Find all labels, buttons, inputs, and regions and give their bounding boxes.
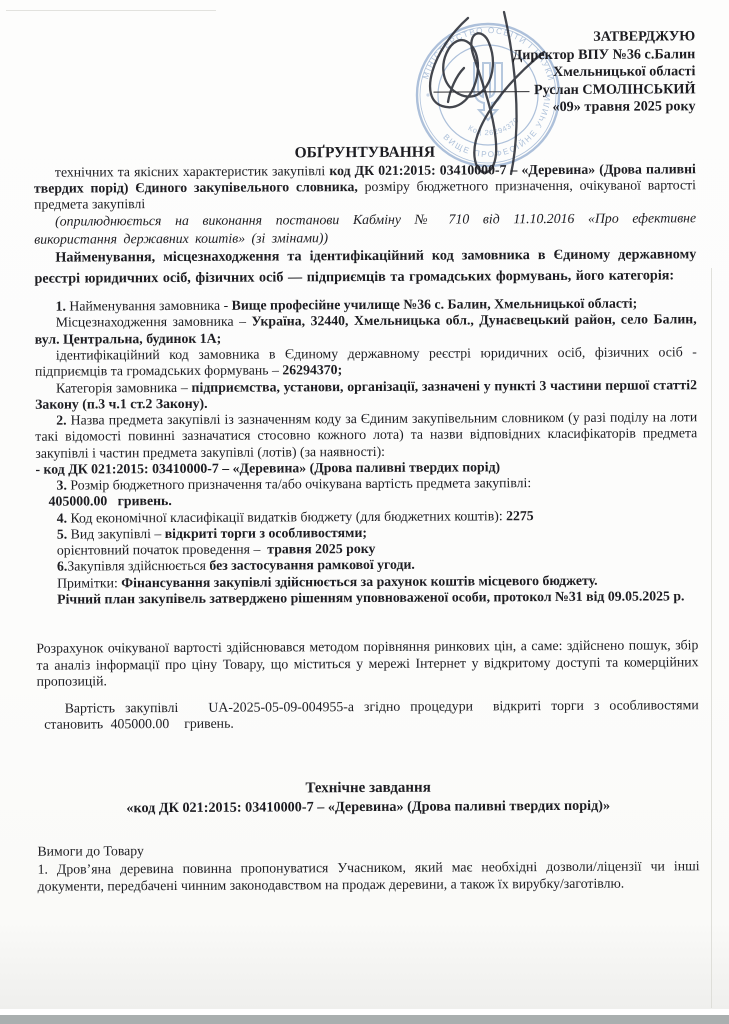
item-1-category: Категорія замовника – підприємства, уста… <box>35 377 697 413</box>
document-body: ЗАТВЕРДЖУЮ Директор ВПУ №36 с.Балин Хмел… <box>33 0 700 895</box>
scan-bottom-gray-strip <box>0 1015 729 1024</box>
requirement-1: 1. Дров’яна деревина повинна пропонувати… <box>37 857 699 895</box>
items-block: 1. Найменування замовника - Вище професі… <box>35 295 699 608</box>
technical-task-subtitle: «код ДК 021:2015: 03410000-7 – «Деревина… <box>37 796 699 819</box>
scanned-document-page: МІНІСТЕРСТВО ОСВІТИ І НАУКИ УКРАЇНИ ВИЩЕ… <box>0 0 729 1024</box>
item-1-id-code: ідентифікаційний код замовника в Єдиному… <box>35 344 697 380</box>
intro-paragraph: технічних та якісних характеристик закуп… <box>34 161 696 213</box>
approval-date: «09» травня 2025 року <box>366 99 696 118</box>
approval-name-row: Руслан СМОЛІНСЬКИЙ <box>365 81 695 100</box>
legal-reference-paragraph: (оприлюднюється на виконання постанови К… <box>34 210 696 248</box>
notes-annual-plan: Річний план закупівель затверджено рішен… <box>57 588 698 608</box>
approval-name: Руслан СМОЛІНСЬКИЙ <box>534 81 696 98</box>
signature-line <box>433 90 529 93</box>
section-heading: Найменування, місцезнаходження та іденти… <box>34 244 696 290</box>
cost-calculation-paragraph: Розрахунок очікуваної вартості здійснюва… <box>36 638 698 690</box>
approval-block: ЗАТВЕРДЖУЮ Директор ВПУ №36 с.Балин Хмел… <box>365 28 695 118</box>
approval-region: Хмельницької області <box>365 63 695 82</box>
item-2-subject: 2. Назва предмета закупівлі із зазначенн… <box>35 409 697 461</box>
item-1-location: Місцезнаходження замовника – Україна, 32… <box>35 312 697 348</box>
procurement-cost-paragraph: Вартість закупівлі UA-2025-05-09-004955-… <box>37 697 699 733</box>
scan-edge-line <box>711 268 712 1008</box>
approval-position: Директор ВПУ №36 с.Балин <box>365 46 695 65</box>
approval-word: ЗАТВЕРДЖУЮ <box>365 28 695 47</box>
scan-top-line <box>6 10 216 11</box>
